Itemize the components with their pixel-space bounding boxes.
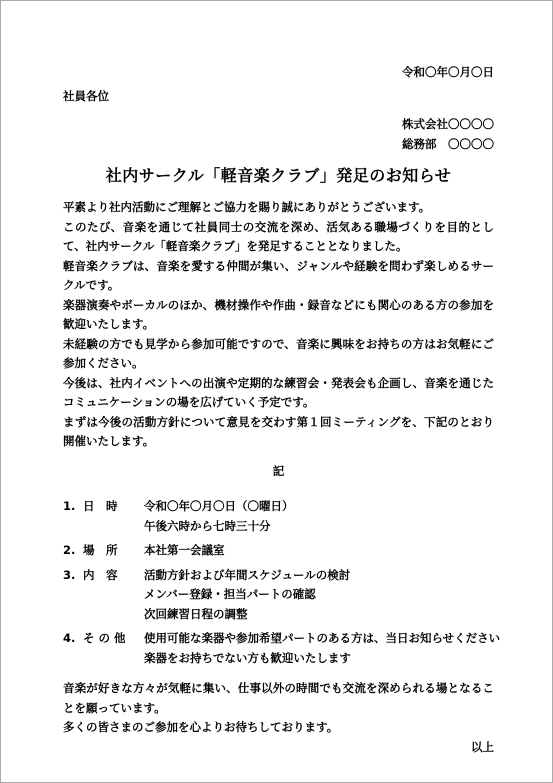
document-content: 令和〇年〇月〇日 社員各位 株式会社〇〇〇〇 総務部 〇〇〇〇 社内サークル「軽… bbox=[1, 1, 552, 757]
list-item-agenda: 3. 内 容 活動方針および年間スケジュールの検討 メンバー登録・担当パートの確… bbox=[63, 566, 494, 625]
item-number: 1. bbox=[63, 497, 83, 517]
document-page: 令和〇年〇月〇日 社員各位 株式会社〇〇〇〇 総務部 〇〇〇〇 社内サークル「軽… bbox=[0, 0, 553, 783]
item-line: 活動方針および年間スケジュールの検討 bbox=[144, 566, 494, 586]
body-paragraph: このたび、音楽を通じて社員同士の交流を深め、活気ある職場づくりを目的として、社内… bbox=[63, 218, 494, 257]
item-line: 次回練習日程の調整 bbox=[144, 605, 494, 625]
document-title: 社内サークル「軽音楽クラブ」発足のお知らせ bbox=[63, 164, 494, 188]
body-paragraph: まずは今後の活動方針について意見を交わす第１回ミーティングを、下記のとおり開催い… bbox=[63, 413, 494, 452]
detail-list: 1. 日 時 令和〇年〇月〇日（〇曜日） 午後六時から七時三十分 2. 場 所 … bbox=[63, 497, 494, 668]
closing-paragraph: 音楽が好きな方々が気軽に集い、仕事以外の時間でも交流を深められる場となることを願… bbox=[63, 679, 494, 718]
item-content: 活動方針および年間スケジュールの検討 メンバー登録・担当パートの確認 次回練習日… bbox=[144, 566, 494, 625]
item-label: 内 容 bbox=[83, 566, 144, 586]
item-number: 2. bbox=[63, 541, 83, 561]
sender-company: 株式会社〇〇〇〇 bbox=[63, 115, 494, 135]
list-item-other: 4. そ の 他 使用可能な楽器や参加希望パートのある方は、当日お知らせください… bbox=[63, 629, 494, 668]
item-line: 使用可能な楽器や参加希望パートのある方は、当日お知らせください bbox=[144, 629, 500, 649]
item-line: メンバー登録・担当パートの確認 bbox=[144, 585, 494, 605]
body-paragraph: 未経験の方でも見学から参加可能ですので、音楽に興味をお持ちの方はお気軽にご参加く… bbox=[63, 335, 494, 374]
item-line: 本社第一会議室 bbox=[144, 541, 494, 561]
recipient: 社員各位 bbox=[63, 87, 494, 107]
body-block: 平素より社内活動にご理解とご協力を賜り誠にありがとうございます。 このたび、音楽… bbox=[63, 198, 494, 452]
body-paragraph: 軽音楽クラブは、音楽を愛する仲間が集い、ジャンルや経験を問わず楽しめるサークルで… bbox=[63, 257, 494, 296]
body-paragraph: 今後は、社内イベントへの出演や定期的な練習会・発表会も企画し、音楽を通じたコミュ… bbox=[63, 374, 494, 413]
item-content: 令和〇年〇月〇日（〇曜日） 午後六時から七時三十分 bbox=[144, 497, 494, 536]
item-label: そ の 他 bbox=[83, 629, 144, 649]
item-label: 場 所 bbox=[83, 541, 144, 561]
item-content: 本社第一会議室 bbox=[144, 541, 494, 561]
item-number: 3. bbox=[63, 566, 83, 586]
body-paragraph: 平素より社内活動にご理解とご協力を賜り誠にありがとうございます。 bbox=[63, 198, 494, 218]
closing-block: 音楽が好きな方々が気軽に集い、仕事以外の時間でも交流を深められる場となることを願… bbox=[63, 679, 494, 738]
sender-block: 株式会社〇〇〇〇 総務部 〇〇〇〇 bbox=[63, 115, 494, 154]
item-line: 午後六時から七時三十分 bbox=[144, 517, 494, 537]
notice-marker-ki: 記 bbox=[63, 462, 494, 482]
body-paragraph: 楽器演奏やボーカルのほか、機材操作や作曲・録音などにも関心のある方の参加を歓迎い… bbox=[63, 296, 494, 335]
sender-department: 総務部 〇〇〇〇 bbox=[63, 135, 494, 155]
item-number: 4. bbox=[63, 629, 83, 649]
item-line: 令和〇年〇月〇日（〇曜日） bbox=[144, 497, 494, 517]
item-content: 使用可能な楽器や参加希望パートのある方は、当日お知らせください 楽器をお持ちでな… bbox=[144, 629, 500, 668]
item-line: 楽器をお持ちでない方も歓迎いたします bbox=[144, 649, 500, 669]
item-label: 日 時 bbox=[83, 497, 144, 517]
document-date: 令和〇年〇月〇日 bbox=[63, 63, 494, 83]
closing-paragraph: 多くの皆さまのご参加を心よりお待ちしております。 bbox=[63, 718, 494, 738]
list-item-datetime: 1. 日 時 令和〇年〇月〇日（〇曜日） 午後六時から七時三十分 bbox=[63, 497, 494, 536]
list-item-place: 2. 場 所 本社第一会議室 bbox=[63, 541, 494, 561]
closing-marker-ijou: 以上 bbox=[63, 738, 494, 758]
